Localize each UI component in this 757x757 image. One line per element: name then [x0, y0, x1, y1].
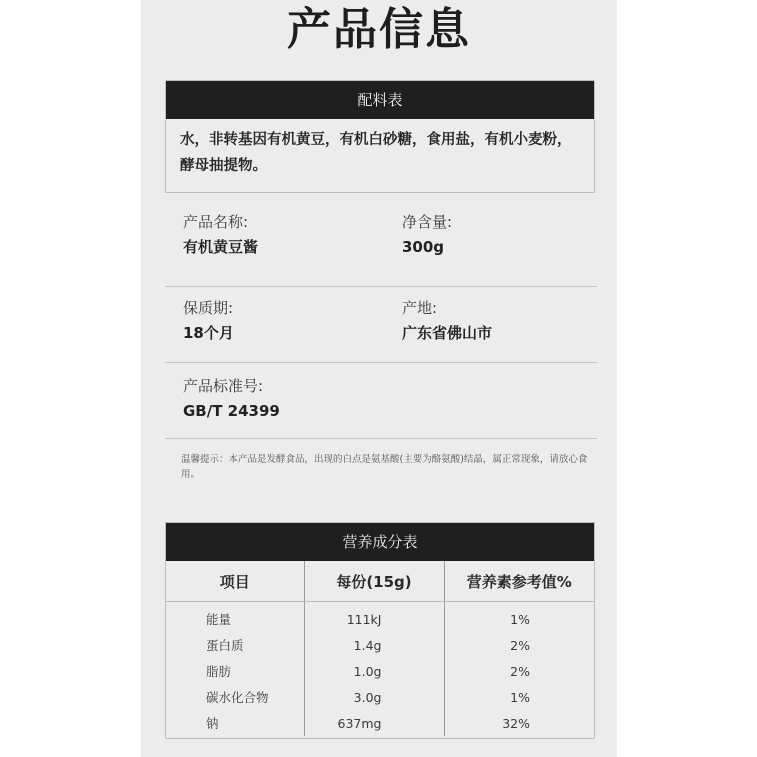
info-label: 产品名称:: [183, 210, 258, 234]
nutrient-amount: 111kJ: [304, 602, 444, 633]
warm-tip-note: 温馨提示：本产品是发酵食品，出现的白点是氨基酸(主要为酪氨酸)结晶，属正常现象，…: [181, 452, 601, 482]
info-label: 产地:: [402, 296, 492, 320]
info-origin: 产地: 广东省佛山市: [402, 296, 492, 346]
table-row: 蛋白质 1.4g 2%: [166, 632, 594, 658]
page-title: 产品信息: [141, 2, 617, 58]
nutrient-amount: 1.0g: [304, 658, 444, 684]
column-header-item: 项目: [166, 561, 304, 602]
info-row-name-weight: 产品名称: 有机黄豆酱 净含量: 300g: [165, 210, 597, 287]
table-row: 能量 111kJ 1%: [166, 602, 594, 633]
column-header-per-serving: 每份(15g): [304, 561, 444, 602]
nutrient-amount: 1.4g: [304, 632, 444, 658]
ingredients-header: 配料表: [166, 81, 594, 119]
info-value: GB/T 24399: [183, 398, 280, 424]
ingredients-box: 配料表 水，非转基因有机黄豆，有机白砂糖，食用盐，有机小麦粉，酵母抽提物。: [165, 80, 595, 193]
info-label: 保质期:: [183, 296, 234, 320]
nutrient-nrv: 1%: [444, 602, 594, 633]
info-label: 净含量:: [402, 210, 452, 234]
nutrient-name: 碳水化合物: [166, 684, 304, 710]
info-value: 广东省佛山市: [402, 320, 492, 346]
ingredients-text: 水，非转基因有机黄豆，有机白砂糖，食用盐，有机小麦粉，酵母抽提物。: [166, 119, 594, 187]
nutrient-nrv: 1%: [444, 684, 594, 710]
product-info-panel: 产品信息 配料表 水，非转基因有机黄豆，有机白砂糖，食用盐，有机小麦粉，酵母抽提…: [141, 0, 617, 757]
info-value: 18个月: [183, 320, 234, 346]
nutrition-header: 营养成分表: [166, 523, 594, 561]
column-header-nrv: 营养素参考值%: [444, 561, 594, 602]
table-row: 脂肪 1.0g 2%: [166, 658, 594, 684]
nutrition-table: 项目 每份(15g) 营养素参考值% 能量 111kJ 1% 蛋白质 1.4g …: [166, 561, 594, 736]
info-label: 产品标准号:: [183, 374, 280, 398]
info-net-weight: 净含量: 300g: [402, 210, 452, 260]
info-row-shelf-origin: 保质期: 18个月 产地: 广东省佛山市: [165, 286, 597, 363]
nutrient-nrv: 2%: [444, 658, 594, 684]
table-row: 碳水化合物 3.0g 1%: [166, 684, 594, 710]
nutrient-amount: 637mg: [304, 710, 444, 736]
info-value: 300g: [402, 234, 452, 260]
nutrient-name: 能量: [166, 602, 304, 633]
info-row-standard: 产品标准号: GB/T 24399: [165, 362, 597, 439]
info-value: 有机黄豆酱: [183, 234, 258, 260]
info-shelf-life: 保质期: 18个月: [183, 296, 234, 346]
nutrition-facts-table: 营养成分表 项目 每份(15g) 营养素参考值% 能量 111kJ 1% 蛋白质…: [165, 522, 595, 739]
table-row: 钠 637mg 32%: [166, 710, 594, 736]
nutrient-name: 钠: [166, 710, 304, 736]
nutrient-nrv: 32%: [444, 710, 594, 736]
info-standard-number: 产品标准号: GB/T 24399: [183, 374, 280, 424]
info-product-name: 产品名称: 有机黄豆酱: [183, 210, 258, 260]
nutrition-column-headers: 项目 每份(15g) 营养素参考值%: [166, 561, 594, 602]
nutrient-amount: 3.0g: [304, 684, 444, 710]
nutrient-name: 蛋白质: [166, 632, 304, 658]
nutrient-nrv: 2%: [444, 632, 594, 658]
nutrient-name: 脂肪: [166, 658, 304, 684]
